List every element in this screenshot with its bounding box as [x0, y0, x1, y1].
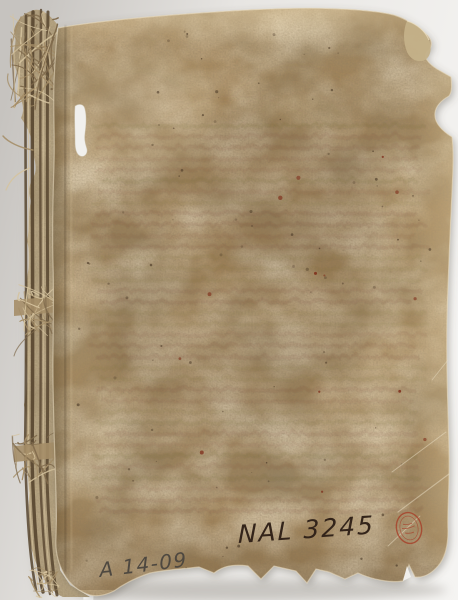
red-fleck — [200, 451, 204, 455]
dark-speck — [418, 220, 419, 221]
red-fleck — [398, 390, 401, 393]
dark-speck — [108, 283, 110, 285]
dark-speck — [189, 361, 192, 364]
dark-speck — [342, 282, 344, 284]
parchment-cover — [40, 0, 458, 600]
photo-viewer: NAL 3245 A 14-09 — [0, 0, 458, 600]
dark-speck — [353, 181, 356, 184]
ghost-text-line — [94, 144, 418, 148]
ghost-text-line — [89, 232, 414, 236]
ghost-text-line — [99, 177, 418, 181]
dark-speck — [78, 328, 80, 330]
dark-speck — [328, 47, 330, 49]
dark-speck — [86, 560, 88, 562]
dark-speck — [251, 472, 252, 473]
dark-speck — [173, 127, 175, 129]
dark-speck — [181, 169, 184, 172]
dark-speck — [151, 144, 153, 146]
ghost-text-line — [100, 298, 409, 302]
ghost-text-line — [95, 155, 416, 159]
ghost-text-line — [91, 331, 425, 335]
dark-speck — [268, 480, 270, 482]
red-fleck — [395, 190, 399, 194]
ghost-text-line — [91, 276, 417, 280]
ghost-text-line — [94, 353, 416, 357]
dark-speck — [156, 461, 157, 462]
dark-speck — [375, 427, 376, 428]
manuscript-photo: NAL 3245 A 14-09 — [0, 0, 458, 600]
red-fleck — [296, 176, 300, 180]
dark-speck — [152, 359, 154, 361]
dark-speck — [184, 31, 186, 33]
dark-speck — [324, 276, 327, 279]
dark-speck — [113, 376, 116, 379]
dark-speck — [226, 547, 228, 549]
dark-speck — [151, 429, 153, 431]
dark-speck — [258, 82, 260, 84]
ghost-text-line — [96, 133, 420, 137]
ghost-text-line — [91, 463, 416, 467]
dark-speck — [266, 462, 268, 464]
ghost-text-line — [95, 287, 420, 291]
dark-speck — [214, 120, 217, 123]
dark-speck — [323, 351, 325, 353]
dark-speck — [95, 496, 98, 499]
dark-speck — [420, 260, 422, 262]
dark-speck — [280, 119, 281, 120]
ghost-text-line — [93, 166, 421, 170]
red-fleck — [382, 156, 384, 158]
dark-speck — [157, 91, 160, 94]
red-fleck — [413, 297, 416, 300]
dark-speck — [397, 239, 399, 241]
dark-speck — [251, 225, 253, 227]
dark-speck — [304, 54, 305, 55]
dark-speck — [150, 264, 153, 267]
dark-speck — [312, 98, 313, 99]
dark-speck — [158, 124, 160, 126]
ghost-text-line — [86, 265, 427, 269]
dark-speck — [77, 403, 80, 406]
dark-speck — [241, 245, 243, 247]
ghost-text-line — [89, 221, 427, 225]
ghost-text-line — [100, 408, 416, 412]
parchment-hole — [75, 104, 88, 156]
dark-speck — [178, 175, 180, 177]
dark-speck — [396, 564, 398, 566]
dark-speck — [324, 459, 326, 461]
red-fleck — [179, 357, 182, 360]
dark-speck — [375, 178, 378, 181]
red-fleck — [278, 196, 282, 200]
ghost-text-line — [96, 188, 428, 192]
dark-speck — [235, 218, 237, 220]
red-fleck — [314, 272, 317, 275]
dark-speck — [412, 195, 414, 197]
dark-speck — [128, 468, 130, 470]
dark-speck — [125, 296, 128, 299]
dark-speck — [172, 219, 173, 220]
ghost-text-line — [102, 430, 416, 434]
red-fleck — [318, 391, 320, 393]
dark-speck — [88, 263, 90, 265]
dark-speck — [186, 33, 188, 35]
ghost-text-line — [89, 199, 420, 203]
red-fleck — [208, 292, 212, 296]
ghost-text-line — [93, 254, 422, 258]
dark-speck — [222, 556, 223, 557]
ghost-text-line — [89, 474, 419, 478]
dark-speck — [167, 39, 170, 42]
dark-speck — [382, 514, 385, 517]
ghost-text-line — [94, 441, 423, 445]
red-fleck — [321, 491, 323, 493]
dark-speck — [160, 345, 162, 347]
fold-crease — [65, 26, 66, 572]
dark-speck — [273, 33, 276, 36]
dark-speck — [122, 211, 124, 213]
dark-speck — [292, 265, 295, 268]
dark-speck — [216, 487, 218, 489]
dark-speck — [186, 35, 189, 38]
dark-speck — [376, 185, 378, 187]
dark-speck — [132, 480, 134, 482]
dark-speck — [306, 268, 309, 271]
light-patch — [65, 50, 215, 170]
dark-speck — [215, 90, 218, 93]
ghost-text-line — [88, 320, 427, 324]
dark-speck — [218, 97, 219, 98]
dark-speck — [331, 89, 333, 91]
ghost-text-line — [99, 243, 429, 247]
dark-speck — [327, 153, 329, 155]
dark-speck — [319, 248, 321, 250]
dark-speck — [325, 362, 327, 364]
dark-speck — [382, 206, 384, 208]
ghost-text-line — [93, 210, 414, 214]
dark-speck — [202, 114, 204, 116]
dark-speck — [310, 292, 311, 293]
ghost-text-line — [101, 485, 429, 489]
dark-speck — [201, 58, 203, 60]
dark-speck — [337, 52, 338, 53]
dark-speck — [274, 386, 275, 387]
ghost-text-line — [92, 419, 413, 423]
ghost-text-line — [87, 364, 426, 368]
dark-speck — [291, 233, 294, 236]
dark-speck — [373, 286, 376, 289]
dark-speck — [220, 253, 223, 256]
ghost-text-line — [99, 375, 425, 379]
dark-speck — [360, 558, 362, 560]
ghost-text-line — [89, 342, 414, 346]
parchment-texture — [40, 0, 458, 600]
dark-speck — [372, 150, 374, 152]
ghost-text-line — [94, 386, 416, 390]
dark-speck — [429, 248, 432, 251]
red-fleck — [323, 274, 325, 276]
ghost-text-line — [92, 452, 416, 456]
dark-speck — [249, 210, 252, 213]
ghost-text-line — [98, 397, 411, 401]
ghost-text-line — [89, 122, 426, 126]
dark-speck — [222, 411, 224, 413]
ghost-text-line — [94, 496, 416, 500]
ghost-text-line — [87, 309, 427, 313]
red-fleck — [423, 438, 426, 441]
